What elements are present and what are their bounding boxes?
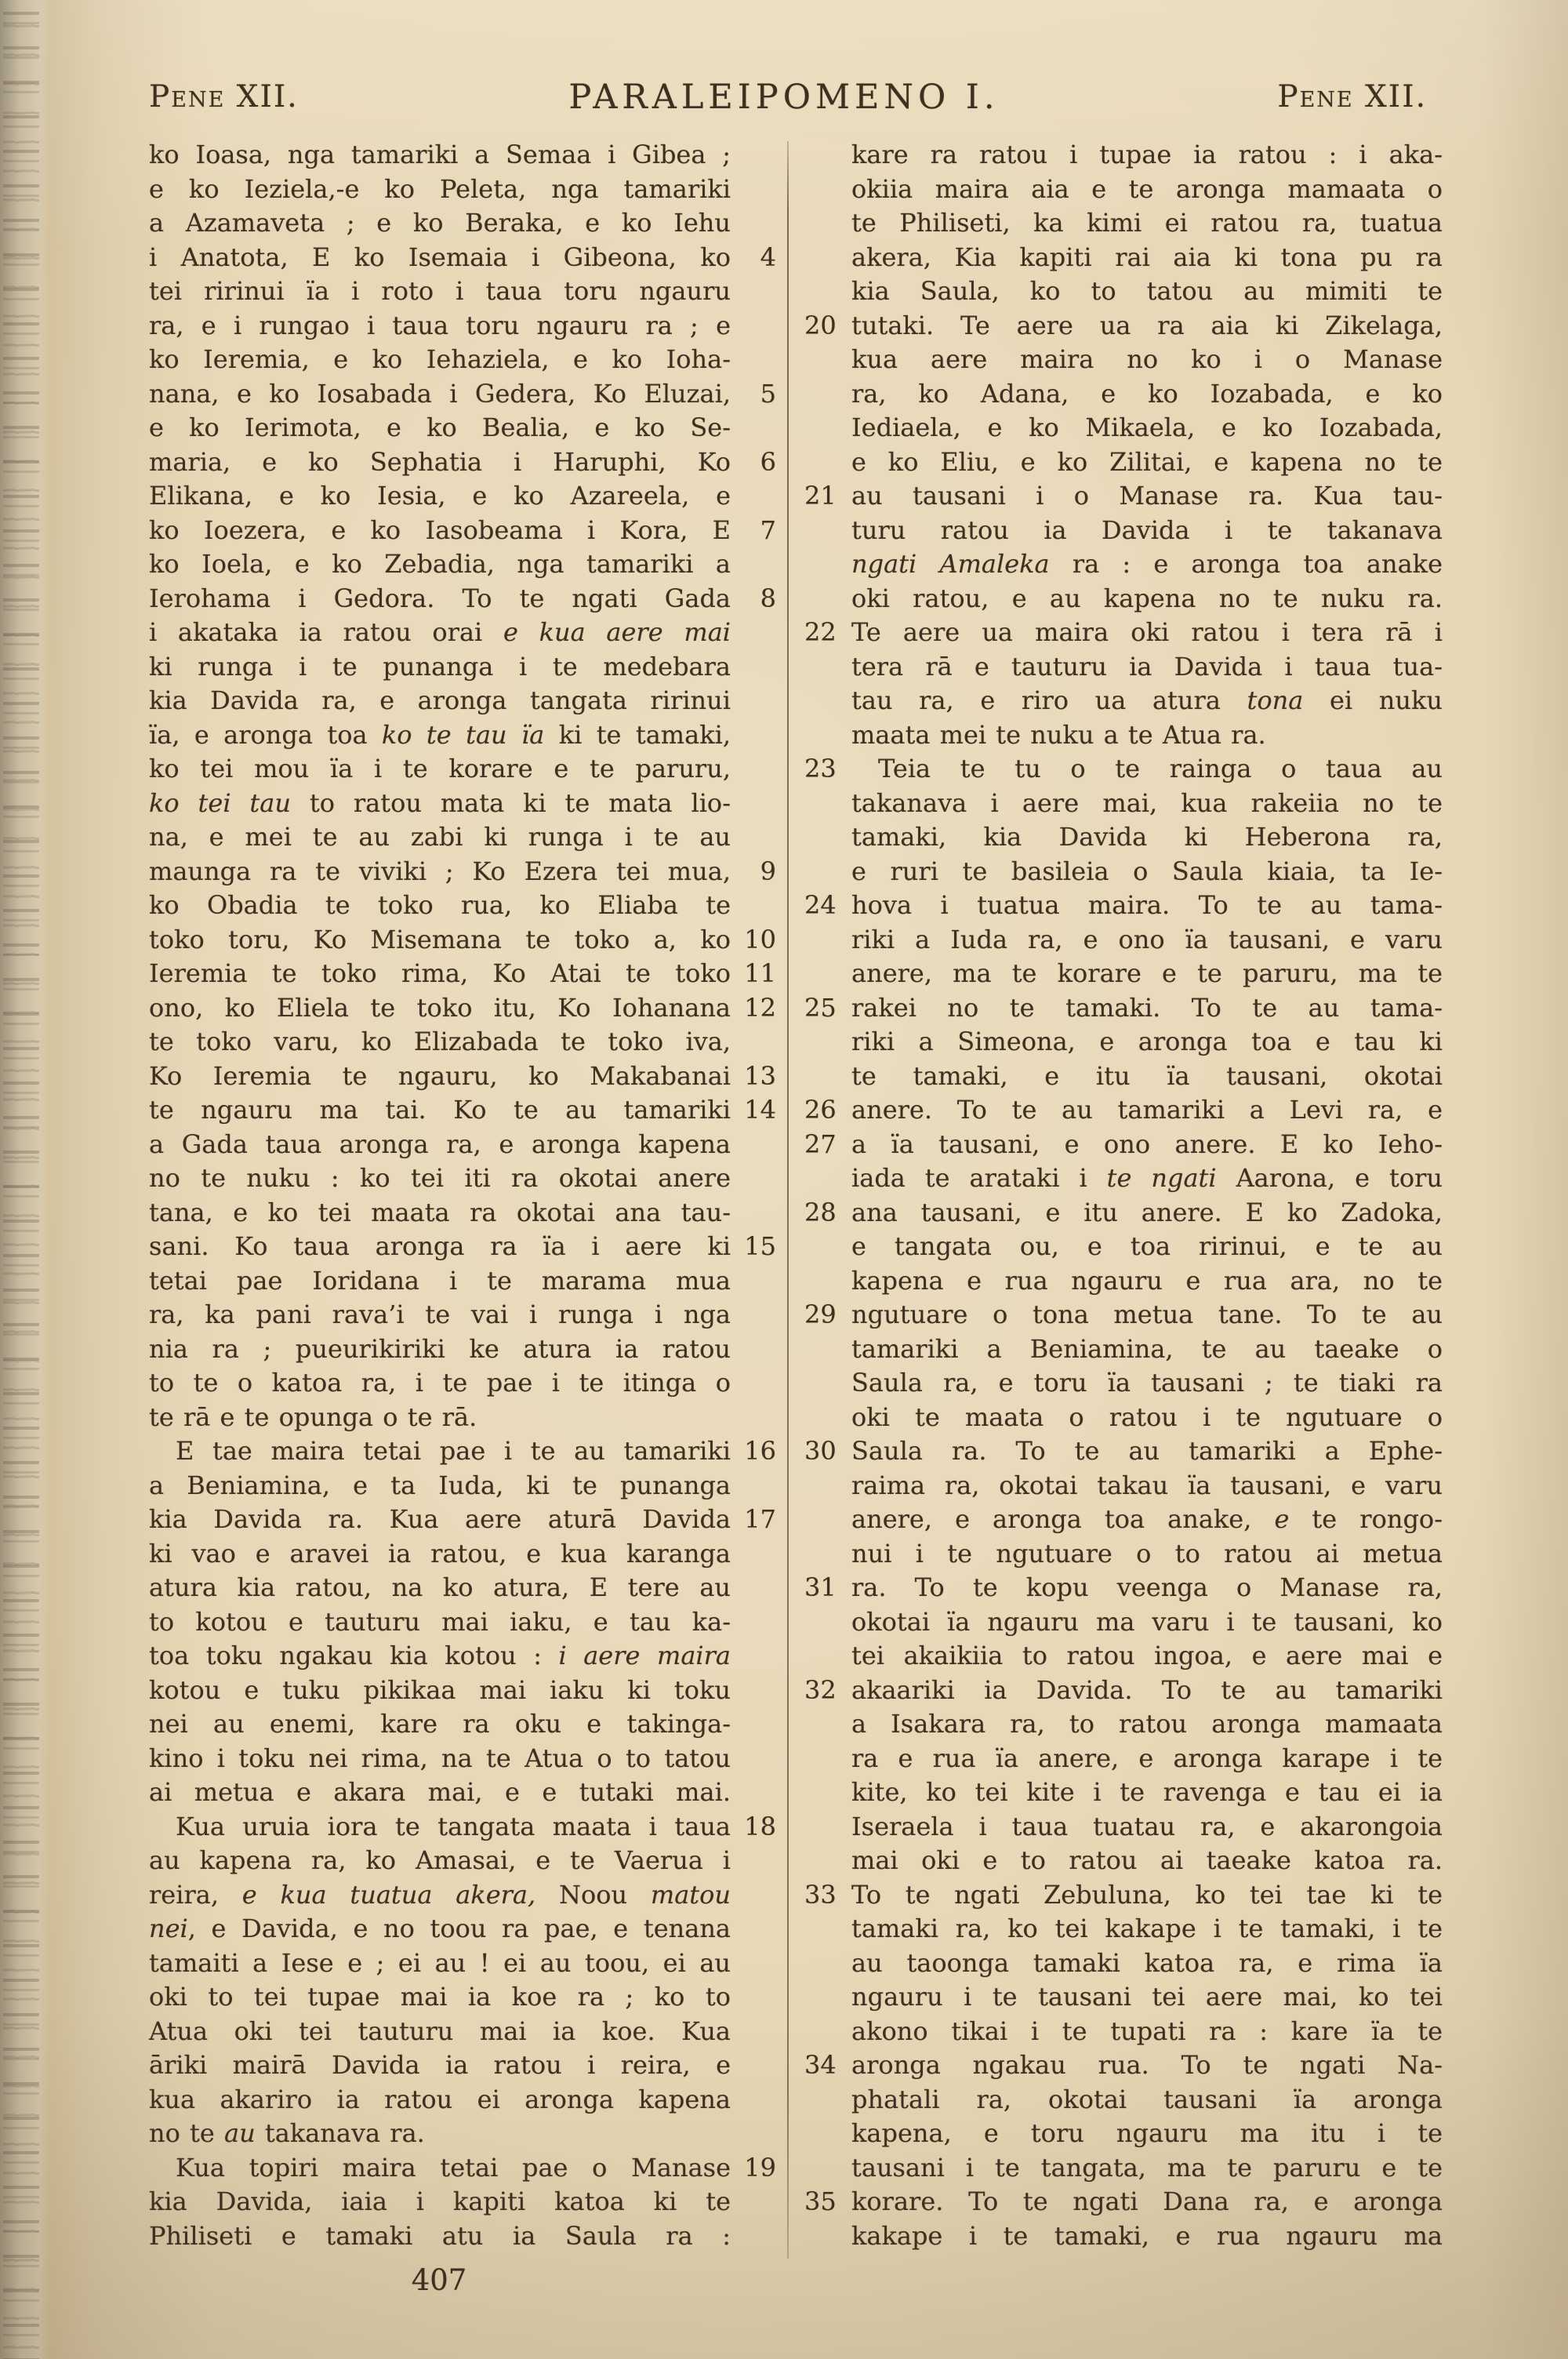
text-line: tei akaikiia to ratou ingoa, e aere mai … (801, 1639, 1443, 1674)
verse-number (801, 1912, 851, 1946)
verse-number (801, 923, 851, 958)
verse-number (801, 1946, 851, 1981)
text-line: maunga ra te viviki ; Ko Ezera tei mua,9 (149, 855, 776, 889)
text-line: ki runga i te punanga i te medebara (149, 650, 776, 685)
text-line: no te nuku : ko tei iti ra okotai anere (149, 1161, 776, 1196)
text-line: tamaki, kia Davida ki Heberona ra, (801, 820, 1443, 855)
text-line: mai oki e to ratou ai taeake katoa ra. (801, 1844, 1443, 1878)
verse-number (731, 1844, 776, 1878)
verse-number (731, 1128, 776, 1162)
line-text: e ko Eliu, e ko Zilitai, e kapena no te (851, 445, 1443, 480)
line-text: anere, ma te korare e te paruru, ma te (851, 957, 1443, 991)
text-line: kapena, e toru ngauru ma itu i te (801, 2117, 1443, 2151)
verse-number (801, 1810, 851, 1845)
line-text: e tangata ou, e toa ririnui, e te au (851, 1230, 1443, 1264)
line-text: takanava i aere mai, kua rakeiia no te (851, 787, 1443, 821)
verse-number (801, 1776, 851, 1810)
line-text: au taoonga tamaki katoa ra, e rima ïa (851, 1946, 1443, 1981)
line-text: ko Ieremia, e ko Iehaziela, e ko Ioha- (149, 343, 731, 377)
verse-number (731, 2117, 776, 2151)
line-text: atura kia ratou, na ko atura, E tere au (149, 1571, 731, 1605)
verse-number: 7 (731, 514, 776, 548)
text-line: kare ra ratou i tupae ia ratou : i aka- (801, 138, 1443, 173)
line-text: ra e rua ïa anere, e aronga karape i te (851, 1742, 1443, 1776)
line-text: ono, ko Eliela te toko itu, Ko Iohanana (149, 991, 731, 1026)
verse-number (801, 650, 851, 685)
line-text: tamaki ra, ko tei kakape i te tamaki, i … (851, 1912, 1443, 1946)
verse-number (731, 309, 776, 343)
text-line: tera rā e tauturu ia Davida i taua tua- (801, 650, 1443, 685)
line-text: riki a Iuda ra, e ono ïa tausani, e varu (851, 923, 1443, 958)
text-line: 24hova i tuatua maira. To te au tama- (801, 889, 1443, 923)
text-line: tana, e ko tei maata ra okotai ana tau- (149, 1196, 776, 1230)
verse-number (731, 1161, 776, 1196)
text-line: reira, e kua tuatua akera, Noou matou (149, 1878, 776, 1913)
line-text: ngati Amaleka ra : e aronga toa anake (851, 547, 1443, 582)
text-line: kua akariro ia ratou ei aronga kapena (149, 2083, 776, 2117)
verse-number (801, 1707, 851, 1742)
line-text: akera, Kia kapiti rai aia ki tona pu ra (851, 241, 1443, 275)
verse-number: 8 (731, 582, 776, 616)
text-line: au kapena ra, ko Amasai, e te Vaerua i (149, 1844, 776, 1878)
verse-number (801, 411, 851, 445)
line-text: E tae maira tetai pae i te au tamariki (149, 1434, 731, 1469)
verse-number (801, 445, 851, 480)
text-line: 32akaariki ia Davida. To te au tamariki (801, 1674, 1443, 1708)
line-text: mai oki e to ratou ai taeake katoa ra. (851, 1844, 1443, 1878)
book-page: Pene XII. PARALEIPOMENO I. Pene XII. ko … (0, 0, 1568, 2359)
verse-number: 28 (801, 1196, 851, 1230)
line-text: ko tei tau to ratou mata ki te mata lio- (149, 787, 731, 821)
line-text: hova i tuatua maira. To te au tama- (851, 889, 1443, 923)
text-line: e ko Ierimota, e ko Bealia, e ko Se- (149, 411, 776, 445)
text-line: ra, ko Adana, e ko Iozabada, e ko (801, 377, 1443, 412)
verse-number (801, 206, 851, 241)
verse-number: 15 (731, 1230, 776, 1264)
line-text: te tamaki, e itu ïa tausani, okotai (851, 1060, 1443, 1094)
text-line: iada te arataki i te ngati Aarona, e tor… (801, 1161, 1443, 1196)
line-text: tamaiti a Iese e ; ei au ! ei au toou, e… (149, 1946, 731, 1981)
verse-number (731, 616, 776, 650)
text-line: sani. Ko taua aronga ra ïa i aere ki15 (149, 1230, 776, 1264)
line-text: toko toru, Ko Misemana te toko a, ko (149, 923, 731, 958)
line-text: kare ra ratou i tupae ia ratou : i aka- (851, 138, 1443, 173)
text-line: toa toku ngakau kia kotou : i aere maira (149, 1639, 776, 1674)
text-line: toko toru, Ko Misemana te toko a, ko10 (149, 923, 776, 958)
line-text: oki to tei tupae mai ia koe ra ; ko to (149, 1980, 731, 2015)
text-line: E tae maira tetai pae i te au tamariki16 (149, 1434, 776, 1469)
line-text: to kotou e tauturu mai iaku, e tau ka- (149, 1605, 731, 1640)
text-line: ko Ioezera, e ko Iasobeama i Kora, E7 (149, 514, 776, 548)
text-line: ko Obadia te toko rua, ko Eliaba te (149, 889, 776, 923)
line-text: kia Davida, iaia i kapiti katoa ki te (149, 2185, 731, 2219)
text-line: na, e mei te au zabi ki runga i te au (149, 820, 776, 855)
verse-number (801, 1469, 851, 1503)
verse-number (801, 2151, 851, 2186)
verse-number (801, 1639, 851, 1674)
text-line: 22Te aere ua maira oki ratou i tera rā i (801, 616, 1443, 650)
line-text: kotou e tuku pikikaa mai iaku ki toku (149, 1674, 731, 1708)
text-line: 33To te ngati Zebuluna, ko tei tae ki te (801, 1878, 1443, 1913)
text-line: ono, ko Eliela te toko itu, Ko Iohanana1… (149, 991, 776, 1026)
line-text: no te au takanava ra. (149, 2117, 731, 2151)
text-line: kotou e tuku pikikaa mai iaku ki toku (149, 1674, 776, 1708)
verse-number (801, 2117, 851, 2151)
text-line: 25rakei no te tamaki. To te au tama- (801, 991, 1443, 1026)
verse-number (801, 274, 851, 309)
text-line: kua aere maira no ko i o Manase (801, 343, 1443, 377)
verse-number: 22 (801, 616, 851, 650)
page-header: Pene XII. PARALEIPOMENO I. Pene XII. (0, 78, 1568, 119)
line-text: sani. Ko taua aronga ra ïa i aere ki (149, 1230, 731, 1264)
line-text: reira, e kua tuatua akera, Noou matou (149, 1878, 731, 1913)
text-line: raima ra, okotai takau ïa tausani, e var… (801, 1469, 1443, 1503)
verse-number (801, 343, 851, 377)
text-line: kapena e rua ngauru e rua ara, no te (801, 1264, 1443, 1299)
verse-number: 23 (801, 752, 851, 787)
line-text: Iediaela, e ko Mikaela, e ko Iozabada, (851, 411, 1443, 445)
text-line: Philiseti e tamaki atu ia Saula ra : (149, 2219, 776, 2254)
verse-number (731, 787, 776, 821)
text-line: ko Ioela, e ko Zebadia, nga tamariki a (149, 547, 776, 582)
text-line: to kotou e tauturu mai iaku, e tau ka- (149, 1605, 776, 1640)
line-text: ngauru i te tausani tei aere mai, ko tei (851, 1980, 1443, 2015)
line-text: riki a Simeona, e aronga toa e tau ki (851, 1025, 1443, 1060)
verse-number (731, 1366, 776, 1401)
verse-number (731, 820, 776, 855)
verse-number (801, 1332, 851, 1367)
line-text: akono tikai i te tupati ra : kare ïa te (851, 2015, 1443, 2049)
line-text: ko Ioezera, e ko Iasobeama i Kora, E (149, 514, 731, 548)
verse-number (731, 2083, 776, 2117)
line-text: e ko Ierimota, e ko Bealia, e ko Se- (149, 411, 731, 445)
verse-number (801, 1264, 851, 1299)
line-text: Ko Ieremia te ngauru, ko Makabanai (149, 1060, 731, 1094)
line-text: rakei no te tamaki. To te au tama- (851, 991, 1443, 1026)
text-line: ko tei tau to ratou mata ki te mata lio- (149, 787, 776, 821)
verse-number (731, 1742, 776, 1776)
text-line: 30Saula ra. To te au tamariki a Ephe- (801, 1434, 1443, 1469)
line-text: a Azamaveta ; e ko Beraka, e ko Iehu (149, 206, 731, 241)
verse-number (731, 1707, 776, 1742)
line-text: tamariki a Beniamina, te au taeake o (851, 1332, 1443, 1367)
line-text: kite, ko tei kite i te ravenga e tau ei … (851, 1776, 1443, 1810)
line-text: Teia te tu o te rainga o taua au (851, 752, 1443, 787)
text-line: okotai ïa ngauru ma varu i te tausani, k… (801, 1605, 1443, 1640)
verse-number (731, 547, 776, 582)
text-line: 27a ïa tausani, e ono anere. E ko Ieho- (801, 1128, 1443, 1162)
line-text: ra, ka pani rava’i te vai i runga i nga (149, 1298, 731, 1332)
verse-number (731, 1537, 776, 1572)
verse-number: 34 (801, 2048, 851, 2083)
verse-number: 24 (801, 889, 851, 923)
line-text: tei akaikiia to ratou ingoa, e aere mai … (851, 1639, 1443, 1674)
verse-number (801, 957, 851, 991)
line-text: okiia maira aia e te aronga mamaata o (851, 173, 1443, 207)
line-text: kia Davida ra. Kua aere aturā Davida (149, 1503, 731, 1537)
verse-number (801, 1537, 851, 1572)
text-line: ki vao e aravei ia ratou, e kua karanga (149, 1537, 776, 1572)
text-line: nui i te ngutuare o to ratou ai metua (801, 1537, 1443, 1572)
line-text: turu ratou ia Davida i te takanava (851, 514, 1443, 548)
text-line: e tangata ou, e toa ririnui, e te au (801, 1230, 1443, 1264)
text-line: ko tei mou ïa i te korare e te paruru, (149, 752, 776, 787)
text-line: anere, e aronga toa anake, e te rongo- (801, 1503, 1443, 1537)
right-column: kare ra ratou i tupae ia ratou : i aka-o… (801, 138, 1443, 2253)
text-line: tausani i te tangata, ma te paruru e te (801, 2151, 1443, 2186)
verse-number (731, 2048, 776, 2083)
verse-number (731, 650, 776, 685)
verse-number (801, 241, 851, 275)
text-line: Iseraela i taua tuatau ra, e akarongoia (801, 1810, 1443, 1845)
verse-number: 14 (731, 1093, 776, 1128)
line-text: tamaki, kia Davida ki Heberona ra, (851, 820, 1443, 855)
verse-number (801, 684, 851, 718)
text-line: nia ra ; pueurikiriki ke atura ia ratou (149, 1332, 776, 1367)
text-line: nei, e Davida, e no toou ra pae, e tenan… (149, 1912, 776, 1946)
verse-number: 4 (731, 241, 776, 275)
line-text: Ierohama i Gedora. To te ngati Gada (149, 582, 731, 616)
text-line: kia Davida, iaia i kapiti katoa ki te (149, 2185, 776, 2219)
verse-number (731, 173, 776, 207)
text-line: Ieremia te toko rima, Ko Atai te toko11 (149, 957, 776, 991)
line-text: Kua uruia iora te tangata maata i taua (149, 1810, 731, 1845)
verse-number (801, 1980, 851, 2015)
line-text: maria, e ko Sephatia i Haruphi, Ko (149, 445, 731, 480)
verse-number (801, 1742, 851, 1776)
line-text: te toko varu, ko Elizabada te toko iva, (149, 1025, 731, 1060)
text-line: a Isakara ra, to ratou aronga mamaata (801, 1707, 1443, 1742)
text-line: okiia maira aia e te aronga mamaata o (801, 173, 1443, 207)
text-line: turu ratou ia Davida i te takanava (801, 514, 1443, 548)
line-text: te ngauru ma tai. Ko te au tamariki (149, 1093, 731, 1128)
verse-number (801, 1366, 851, 1401)
text-line: a Gada taua aronga ra, e aronga kapena (149, 1128, 776, 1162)
line-text: ngutuare o tona metua tane. To te au (851, 1298, 1443, 1332)
line-text: te rā e te opunga o te rā. (149, 1401, 731, 1435)
verse-number (801, 787, 851, 821)
text-line: 29ngutuare o tona metua tane. To te au (801, 1298, 1443, 1332)
line-text: ra, ko Adana, e ko Iozabada, e ko (851, 377, 1443, 412)
text-line: 28ana tausani, e itu anere. E ko Zadoka, (801, 1196, 1443, 1230)
line-text: to te o katoa ra, i te pae i te itinga o (149, 1366, 731, 1401)
text-line: nei au enemi, kare ra oku e takinga- (149, 1707, 776, 1742)
line-text: tetai pae Ioridana i te marama mua (149, 1264, 731, 1299)
verse-number (731, 718, 776, 753)
text-line: 31ra. To te kopu veenga o Manase ra, (801, 1571, 1443, 1605)
verse-number: 31 (801, 1571, 851, 1605)
line-text: tutaki. Te aere ua ra aia ki Zikelaga, (851, 309, 1443, 343)
verse-number (731, 479, 776, 514)
verse-number (731, 2185, 776, 2219)
verse-number (801, 2083, 851, 2117)
verse-number (731, 752, 776, 787)
line-text: Kua topiri maira tetai pae o Manase (149, 2151, 731, 2186)
line-text: kino i toku nei rima, na te Atua o to ta… (149, 1742, 731, 1776)
verse-number (801, 1401, 851, 1435)
line-text: a Beniamina, e ta Iuda, ki te punanga (149, 1469, 731, 1503)
line-text: e ko Ieziela,-e ko Peleta, nga tamariki (149, 173, 731, 207)
line-text: te Philiseti, ka kimi ei ratou ra, tuatu… (851, 206, 1443, 241)
verse-number (801, 138, 851, 173)
line-text: ko Obadia te toko rua, ko Eliaba te (149, 889, 731, 923)
line-text: a Isakara ra, to ratou aronga mamaata (851, 1707, 1443, 1742)
verse-number (731, 1776, 776, 1810)
verse-number (801, 1161, 851, 1196)
text-line: tau ra, e riro ua atura tona ei nuku (801, 684, 1443, 718)
text-line: akera, Kia kapiti rai aia ki tona pu ra (801, 241, 1443, 275)
text-line: ngauru i te tausani tei aere mai, ko tei (801, 1980, 1443, 2015)
line-text: Philiseti e tamaki atu ia Saula ra : (149, 2219, 731, 2254)
text-line: 34aronga ngakau rua. To te ngati Na- (801, 2048, 1443, 2083)
verse-number: 26 (801, 1093, 851, 1128)
line-text: Elikana, e ko Iesia, e ko Azareela, e (149, 479, 731, 514)
line-text: ai metua e akara mai, e e tutaki mai. (149, 1776, 731, 1810)
verse-number: 18 (731, 1810, 776, 1845)
text-line: maata mei te nuku a te Atua ra. (801, 718, 1443, 753)
line-text: ki vao e aravei ia ratou, e kua karanga (149, 1537, 731, 1572)
verse-number (731, 1639, 776, 1674)
line-text: Iseraela i taua tuatau ra, e akarongoia (851, 1810, 1443, 1845)
text-line: a Azamaveta ; e ko Beraka, e ko Iehu (149, 206, 776, 241)
verse-number: 17 (731, 1503, 776, 1537)
line-text: oki ratou, e au kapena no te nuku ra. (851, 582, 1443, 616)
line-text: Saula ra, e toru ïa tausani ; te tiaki r… (851, 1366, 1443, 1401)
line-text: kua akariro ia ratou ei aronga kapena (149, 2083, 731, 2117)
text-line: te ngauru ma tai. Ko te au tamariki14 (149, 1093, 776, 1128)
line-text: nei, e Davida, e no toou ra pae, e tenan… (149, 1912, 731, 1946)
line-text: tei ririnui ïa i roto i taua toru ngauru (149, 274, 731, 309)
verse-number (731, 274, 776, 309)
text-line: phatali ra, okotai tausani ïa aronga (801, 2083, 1443, 2117)
verse-number: 21 (801, 479, 851, 514)
text-line: tetai pae Ioridana i te marama mua (149, 1264, 776, 1299)
text-line: ngati Amaleka ra : e aronga toa anake (801, 547, 1443, 582)
text-line: kia Davida ra. Kua aere aturā Davida17 (149, 1503, 776, 1537)
text-line: akono tikai i te tupati ra : kare ïa te (801, 2015, 1443, 2049)
line-text: aronga ngakau rua. To te ngati Na- (851, 2048, 1443, 2083)
line-text: ko tei mou ïa i te korare e te paruru, (149, 752, 731, 787)
facing-page-edge (3, 0, 39, 2359)
line-text: na, e mei te au zabi ki runga i te au (149, 820, 731, 855)
line-text: kakape i te tamaki, e rua ngauru ma (851, 2219, 1443, 2254)
line-text: nei au enemi, kare ra oku e takinga- (149, 1707, 731, 1742)
column-divider (787, 141, 789, 2259)
line-text: ra, e i rungao i taua toru ngauru ra ; e (149, 309, 731, 343)
verse-number: 25 (801, 991, 851, 1026)
line-text: To te ngati Zebuluna, ko tei tae ki te (851, 1878, 1443, 1913)
line-text: i Anatota, E ko Isemaia i Gibeona, ko (149, 241, 731, 275)
verse-number (801, 855, 851, 889)
line-text: kia Davida ra, e aronga tangata ririnui (149, 684, 731, 718)
verse-number (731, 889, 776, 923)
line-text: nia ra ; pueurikiriki ke atura ia ratou (149, 1332, 731, 1367)
text-line: e ruri te basileia o Saula kiaia, ta Ie- (801, 855, 1443, 889)
verse-number (801, 582, 851, 616)
text-line: no te au takanava ra. (149, 2117, 776, 2151)
text-line: tamaki ra, ko tei kakape i te tamaki, i … (801, 1912, 1443, 1946)
verse-number (731, 1605, 776, 1640)
line-text: nana, e ko Iosabada i Gedera, Ko Eluzai, (149, 377, 731, 412)
verse-number (731, 684, 776, 718)
text-line: ko Ieremia, e ko Iehaziela, e ko Ioha- (149, 343, 776, 377)
line-text: toa toku ngakau kia kotou : i aere maira (149, 1639, 731, 1674)
line-text: Ieremia te toko rima, Ko Atai te toko (149, 957, 731, 991)
text-line: 23Teia te tu o te rainga o taua au (801, 752, 1443, 787)
text-line: tei ririnui ïa i roto i taua toru ngauru (149, 274, 776, 309)
text-line: te Philiseti, ka kimi ei ratou ra, tuatu… (801, 206, 1443, 241)
verse-number: 27 (801, 1128, 851, 1162)
text-line: ai metua e akara mai, e e tutaki mai. (149, 1776, 776, 1810)
text-line: kakape i te tamaki, e rua ngauru ma (801, 2219, 1443, 2254)
verse-number: 32 (801, 1674, 851, 1708)
verse-number: 11 (731, 957, 776, 991)
verse-number (731, 206, 776, 241)
verse-number (731, 1469, 776, 1503)
text-line: riki a Iuda ra, e ono ïa tausani, e varu (801, 923, 1443, 958)
text-line: ra, ka pani rava’i te vai i runga i nga (149, 1298, 776, 1332)
text-line: a Beniamina, e ta Iuda, ki te punanga (149, 1469, 776, 1503)
verse-number: 16 (731, 1434, 776, 1469)
line-text: akaariki ia Davida. To te au tamariki (851, 1674, 1443, 1708)
line-text: ki runga i te punanga i te medebara (149, 650, 731, 685)
verse-number: 12 (731, 991, 776, 1026)
verse-number (731, 343, 776, 377)
text-line: oki to tei tupae mai ia koe ra ; ko to (149, 1980, 776, 2015)
text-line: āriki mairā Davida ia ratou i reira, e (149, 2048, 776, 2083)
text-line: Saula ra, e toru ïa tausani ; te tiaki r… (801, 1366, 1443, 1401)
text-line: te rā e te opunga o te rā. (149, 1401, 776, 1435)
text-line: maria, e ko Sephatia i Haruphi, Ko6 (149, 445, 776, 480)
text-line: tamaiti a Iese e ; ei au ! ei au toou, e… (149, 1946, 776, 1981)
line-text: ko Ioela, e ko Zebadia, nga tamariki a (149, 547, 731, 582)
verse-number (731, 138, 776, 173)
line-text: Te aere ua maira oki ratou i tera rā i (851, 616, 1443, 650)
line-text: raima ra, okotai takau ïa tausani, e var… (851, 1469, 1443, 1503)
line-text: au kapena ra, ko Amasai, e te Vaerua i (149, 1844, 731, 1878)
text-line: Kua topiri maira tetai pae o Manase19 (149, 2151, 776, 2186)
running-head-right: Pene XII. (1277, 78, 1427, 116)
verse-number (731, 1025, 776, 1060)
text-line: i akataka ia ratou orai e kua aere mai (149, 616, 776, 650)
verse-number: 20 (801, 309, 851, 343)
text-line: Kua uruia iora te tangata maata i taua18 (149, 1810, 776, 1845)
text-line: Elikana, e ko Iesia, e ko Azareela, e (149, 479, 776, 514)
verse-number (801, 1844, 851, 1878)
text-line: to te o katoa ra, i te pae i te itinga o (149, 1366, 776, 1401)
verse-number (801, 173, 851, 207)
text-line: ko Ioasa, nga tamariki a Semaa i Gibea ; (149, 138, 776, 173)
text-line: e ko Eliu, e ko Zilitai, e kapena no te (801, 445, 1443, 480)
verse-number (801, 1025, 851, 1060)
text-line: e ko Ieziela,-e ko Peleta, nga tamariki (149, 173, 776, 207)
verse-number: 5 (731, 377, 776, 412)
line-text: a ïa tausani, e ono anere. E ko Ieho- (851, 1128, 1443, 1162)
text-line: kite, ko tei kite i te ravenga e tau ei … (801, 1776, 1443, 1810)
text-line: ra e rua ïa anere, e aronga karape i te (801, 1742, 1443, 1776)
text-line: 20tutaki. Te aere ua ra aia ki Zikelaga, (801, 309, 1443, 343)
text-line: Ierohama i Gedora. To te ngati Gada8 (149, 582, 776, 616)
verse-number: 10 (731, 923, 776, 958)
text-line: riki a Simeona, e aronga toa e tau ki (801, 1025, 1443, 1060)
verse-number (801, 377, 851, 412)
text-line: 35korare. To te ngati Dana ra, e aronga (801, 2185, 1443, 2219)
line-text: e ruri te basileia o Saula kiaia, ta Ie- (851, 855, 1443, 889)
line-text: maunga ra te viviki ; Ko Ezera tei mua, (149, 855, 731, 889)
text-line: Iediaela, e ko Mikaela, e ko Iozabada, (801, 411, 1443, 445)
line-text: phatali ra, okotai tausani ïa aronga (851, 2083, 1443, 2117)
verse-number: 33 (801, 1878, 851, 1913)
